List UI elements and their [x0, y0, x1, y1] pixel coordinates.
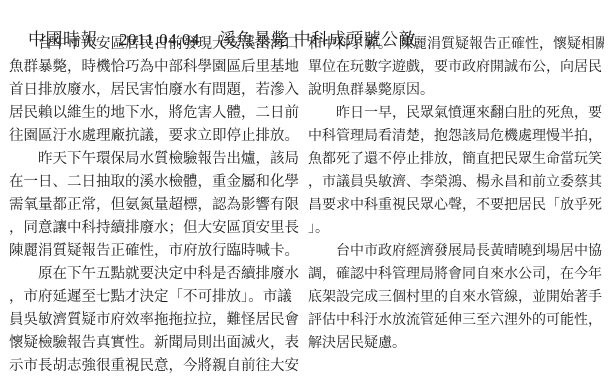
text-line: 台中市大安區居民日前發現大安溪出海口 [9, 33, 301, 56]
text-line: 調，確認中科管理局將會同自來水公司，在今年 [308, 263, 604, 286]
article-body: 台中市大安區居民日前發現大安溪出海口魚群暴斃，時機恰巧為中部科學園區后里基地首日… [9, 33, 604, 378]
text-line: 底架設完成三個村里的自來水管線，並開始著手 [308, 286, 604, 309]
text-line: 原在下午五點就要決定中科是否續排廢水 [9, 263, 301, 286]
text-line: 昨天下午環保局水質檢驗報告出爐，該局 [9, 148, 301, 171]
text-line: 評估中科汙水放流管延伸三至六浬外的可能性， [308, 309, 604, 332]
text-line: 昨日一早，民眾氣憤運來翻白肚的死魚，要 [308, 102, 604, 125]
text-line: ，市議員吳敏濟、李榮鴻、楊永昌和前立委蔡其 [308, 171, 604, 194]
text-line: 懷疑檢驗報告真實性。新聞局則出面滅火，表 [9, 332, 301, 355]
text-column-right: 和中科了解。 陳麗涓質疑報告正確性，懷疑相關單位在玩數字遊戲，要市政府開誠布公，… [308, 33, 604, 378]
text-line: 需氧量都正常，但氨氮量超標，認為影響有限 [9, 194, 301, 217]
news-article-page: 中國時報2011.04.04溪魚暴斃 中科成頭號公敵 台中市大安區居民日前發現大… [0, 0, 611, 378]
text-line: 陳麗涓質疑報告正確性，市府放行臨時喊卡。 [9, 240, 301, 263]
text-line: 台中市政府經濟發展局長黃晴曉到場居中協 [308, 240, 604, 263]
text-line: 首日排放廢水，居民害怕廢水有問題，若滲入 [9, 79, 301, 102]
text-line: 單位在玩數字遊戲，要市政府開誠布公，向居民 [308, 56, 604, 79]
text-line: 魚群暴斃，時機恰巧為中部科學園區后里基地 [9, 56, 301, 79]
text-line: 居民賴以維生的地下水，將危害人體，二日前 [9, 102, 301, 125]
text-line: 說明魚群暴斃原因。 [308, 79, 604, 102]
text-line: ，同意讓中科持續排廢水；但大安區頂安里長 [9, 217, 301, 240]
text-line: 魚都死了還不停止排放，簡直把民眾生命當玩笑 [308, 148, 604, 171]
text-line: 昌要求中科重視民眾心聲，不要把居民「放乎死 [308, 194, 604, 217]
text-line: 和中科了解。 陳麗涓質疑報告正確性，懷疑相關 [308, 33, 604, 56]
text-line: 在一日、二日抽取的溪水檢體，重金屬和化學 [9, 171, 301, 194]
text-line: ，市府延遲至七點才決定「不可排放」。市議 [9, 286, 301, 309]
article-header: 中國時報2011.04.04溪魚暴斃 中科成頭號公敵 [9, 5, 416, 27]
text-line: 示市長胡志強很重視民意，今將親自前往大安 [9, 355, 301, 378]
text-line: 解決居民疑慮。 [308, 332, 604, 355]
text-line: 往園區汙水處理廠抗議，要求立即停止排放。 [9, 125, 301, 148]
text-line: 員吳敏濟質疑市府效率拖拖拉拉，難怪居民會 [9, 309, 301, 332]
text-line: 中科管理局看清楚，抱怨該局危機處理慢半拍， [308, 125, 604, 148]
text-column-left: 台中市大安區居民日前發現大安溪出海口魚群暴斃，時機恰巧為中部科學園區后里基地首日… [9, 33, 301, 378]
text-line: 」。 [308, 217, 604, 240]
